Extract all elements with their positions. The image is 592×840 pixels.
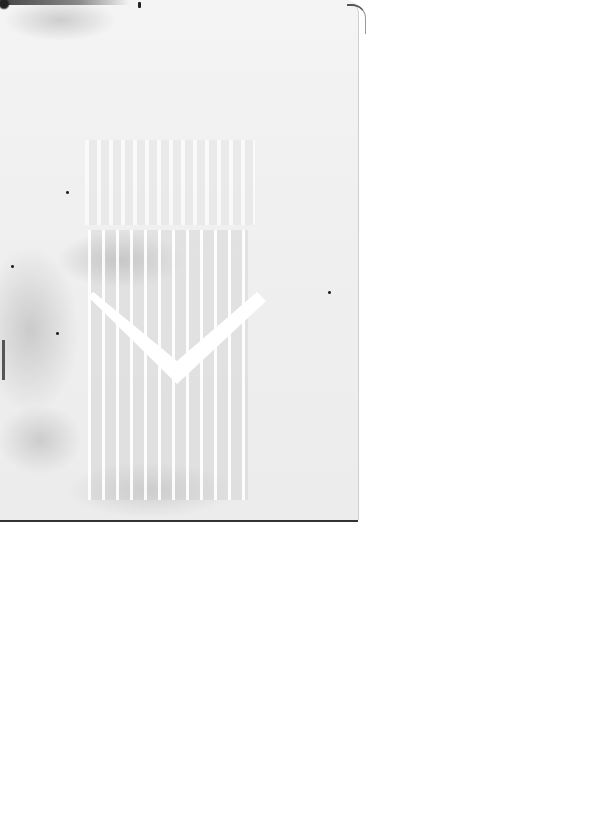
- scan-speck: [138, 2, 141, 8]
- scan-speck: [56, 332, 59, 335]
- top-edge-shadow: [0, 0, 130, 5]
- scanned-page: [0, 0, 359, 520]
- folded-corner: [347, 4, 366, 34]
- corner-mark: [0, 0, 14, 16]
- scan-speck: [66, 191, 69, 194]
- illegible-title-text: [85, 140, 255, 225]
- scan-speck: [328, 291, 331, 294]
- scan-speck: [11, 265, 14, 268]
- scan-streak: [2, 340, 5, 380]
